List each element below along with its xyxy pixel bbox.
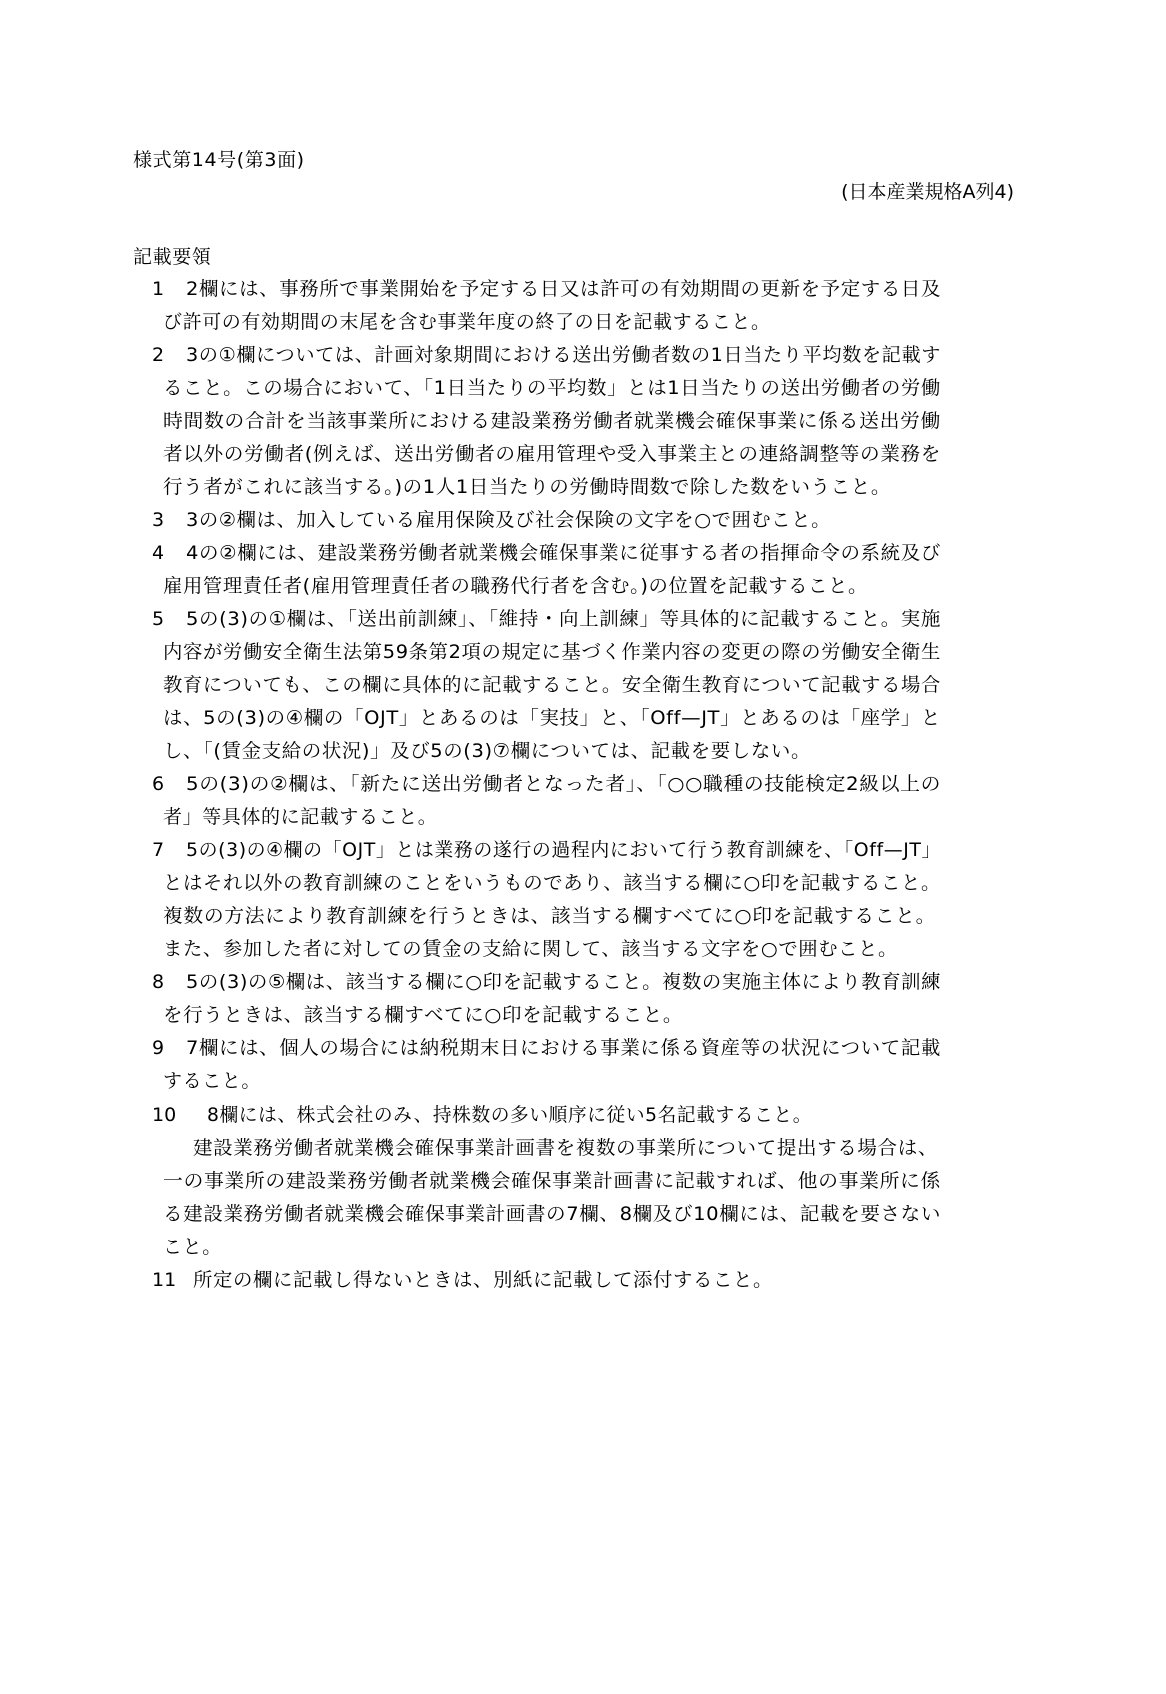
item-line: 8欄には、株式会社のみ、持株数の多い順序に従い5名記載すること。 <box>207 1103 812 1127</box>
item-line: し、「(賃金支給の状況)」及び5の(3)⑦欄については、記載を要しない。 <box>163 739 811 763</box>
item-line: とはそれ以外の教育訓練のことをいうものであり、該当する欄に○印を記載すること。 <box>163 871 941 895</box>
item-number: 11 <box>152 1268 176 1292</box>
item-number: 3 <box>152 508 164 532</box>
item-line: 3の①欄については、計画対象期間における送出労働者数の1日当たり平均数を記載す <box>186 343 941 367</box>
item-number: 2 <box>152 343 164 367</box>
document-page: 様式第14号(第3面) (日本産業規格A列4) 記載要領 1 2欄には、事務所で… <box>0 0 1166 1694</box>
section-title: 記載要領 <box>133 245 211 269</box>
item-line: 所定の欄に記載し得ないときは、別紙に記載して添付すること。 <box>193 1268 773 1292</box>
form-number: 様式第14号(第3面) <box>133 148 305 172</box>
item-line: 5の(3)の⑤欄は、該当する欄に○印を記載すること。複数の実施主体により教育訓練 <box>186 970 941 994</box>
item-line: は、5の(3)の④欄の「OJT」とあるのは「実技」と、「Off—JT」とあるのは… <box>163 706 941 730</box>
item-line: 時間数の合計を当該事業所における建設業務労働者就業機会確保事業に係る送出労働 <box>163 409 941 433</box>
item-line: こと。 <box>163 1235 222 1259</box>
item-line: 建設業務労働者就業機会確保事業計画書を複数の事業所について提出する場合は、 <box>193 1136 938 1160</box>
item-number: 7 <box>152 838 164 862</box>
item-number: 9 <box>152 1036 164 1060</box>
item-number: 6 <box>152 772 164 796</box>
item-line: る建設業務労働者就業機会確保事業計画書の7欄、8欄及び10欄には、記載を要さない <box>163 1202 941 1226</box>
item-number: 1 <box>152 277 164 301</box>
item-number: 10 <box>152 1103 176 1127</box>
item-line: 7欄には、個人の場合には納税期末日における事業に係る資産等の状況について記載 <box>186 1036 941 1060</box>
item-line: 2欄には、事務所で事業開始を予定する日又は許可の有効期間の更新を予定する日及 <box>186 277 941 301</box>
item-line: を行うときは、該当する欄すべてに○印を記載すること。 <box>163 1003 683 1027</box>
item-line: 5の(3)の①欄は、「送出前訓練」、「維持・向上訓練」等具体的に記載すること。実… <box>186 607 941 631</box>
item-line: 5の(3)の②欄は、「新たに送出労働者となった者」、「○○職種の技能検定2級以上… <box>186 772 941 796</box>
item-number: 5 <box>152 607 164 631</box>
item-line: また、参加した者に対しての賃金の支給に関して、該当する文字を○で囲むこと。 <box>163 937 898 961</box>
item-line: び許可の有効期間の末尾を含む事業年度の終了の日を記載すること。 <box>163 310 771 334</box>
item-line: 複数の方法により教育訓練を行うときは、該当する欄すべてに○印を記載すること。 <box>163 904 936 928</box>
paper-size-note: (日本産業規格A列4) <box>841 180 1014 204</box>
item-line: 内容が労働安全衛生法第59条第2項の規定に基づく作業内容の変更の際の労働安全衛生 <box>163 640 941 664</box>
item-line: 雇用管理責任者(雇用管理責任者の職務代行者を含む。)の位置を記載すること。 <box>163 574 868 598</box>
item-number: 4 <box>152 541 164 565</box>
item-line: 一の事業所の建設業務労働者就業機会確保事業計画書に記載すれば、他の事業所に係 <box>163 1169 941 1193</box>
item-line: 行う者がこれに該当する。)の1人1日当たりの労働時間数で除した数をいうこと。 <box>163 475 891 499</box>
item-line: ること。この場合において、「1日当たりの平均数」とは1日当たりの送出労働者の労働 <box>163 376 941 400</box>
item-line: 5の(3)の④欄の「OJT」とは業務の遂行の過程内において行う教育訓練を、「Of… <box>186 838 941 862</box>
item-line: 教育についても、この欄に具体的に記載すること。安全衛生教育について記載する場合 <box>163 673 941 697</box>
item-line: 4の②欄には、建設業務労働者就業機会確保事業に従事する者の指揮命令の系統及び <box>186 541 941 565</box>
item-line: 者」等具体的に記載すること。 <box>163 805 437 829</box>
item-line: 3の②欄は、加入している雇用保険及び社会保険の文字を○で囲むこと。 <box>186 508 831 532</box>
item-line: すること。 <box>163 1069 261 1093</box>
item-number: 8 <box>152 970 164 994</box>
item-line: 者以外の労働者(例えば、送出労働者の雇用管理や受入事業主との連絡調整等の業務を <box>163 442 941 466</box>
